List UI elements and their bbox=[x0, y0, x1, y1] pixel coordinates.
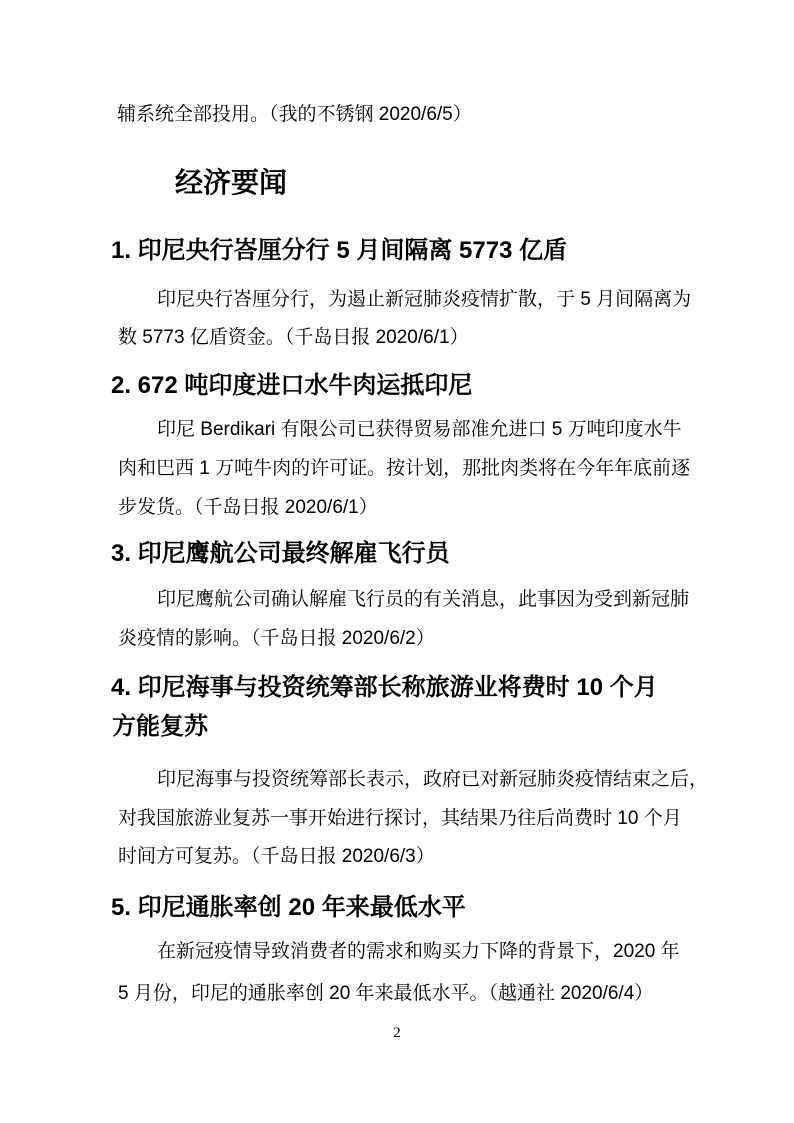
item-4-heading-line: 方能复苏 bbox=[112, 713, 208, 742]
page-number: 2 bbox=[0, 1025, 794, 1042]
item-4-heading-line: 4. 印尼海事与投资统筹部长称旅游业将费时 10 个月 bbox=[111, 674, 658, 703]
item-5-heading: 5. 印尼通胀率创 20 年来最低水平 bbox=[111, 894, 466, 923]
item-2-body-line: 肉和巴西 1 万吨牛肉的许可证。按计划，那批肉类将在今年年底前逐 bbox=[118, 458, 690, 481]
item-3-body-line: 印尼鹰航公司确认解雇飞行员的有关消息，此事因为受到新冠肺 bbox=[157, 589, 689, 612]
document-page: 辅系统全部投用。（我的不锈钢 2020/6/5） 经济要闻 1. 印尼央行峇厘分… bbox=[0, 0, 794, 1123]
item-3-body-line: 炎疫情的影响。（千岛日报 2020/6/2） bbox=[118, 628, 435, 651]
section-title: 经济要闻 bbox=[175, 166, 287, 200]
item-1-body-line: 印尼央行峇厘分行，为遏止新冠肺炎疫情扩散，于 5 月间隔离为 bbox=[157, 289, 691, 312]
item-3-heading: 3. 印尼鹰航公司最终解雇飞行员 bbox=[111, 540, 450, 569]
item-1-heading: 1. 印尼央行峇厘分行 5 月间隔离 5773 亿盾 bbox=[111, 237, 567, 266]
item-4-body-line: 对我国旅游业复苏一事开始进行探讨，其结果乃往后尚费时 10 个月 bbox=[118, 808, 682, 831]
item-2-body-line: 步发货。（千岛日报 2020/6/1） bbox=[118, 497, 378, 520]
intro-paragraph-line: 辅系统全部投用。（我的不锈钢 2020/6/5） bbox=[117, 104, 472, 127]
item-5-body-line: 5 月份，印尼的通胀率创 20 年来最低水平。（越通社 2020/6/4） bbox=[118, 983, 653, 1006]
item-5-body-line: 在新冠疫情导致消费者的需求和购买力下降的背景下，2020 年 bbox=[157, 941, 680, 964]
item-1-body-line: 数 5773 亿盾资金。（千岛日报 2020/6/1） bbox=[118, 327, 469, 350]
item-2-body-line: 印尼 Berdikari 有限公司已获得贸易部准允进口 5 万吨印度水牛 bbox=[157, 419, 682, 442]
item-2-heading: 2. 672 吨印度进口水牛肉运抵印尼 bbox=[111, 372, 472, 401]
item-4-body-line: 时间方可复苏。（千岛日报 2020/6/3） bbox=[118, 846, 435, 869]
item-4-body-line: 印尼海事与投资统筹部长表示，政府已对新冠肺炎疫情结束之后， bbox=[157, 769, 708, 792]
